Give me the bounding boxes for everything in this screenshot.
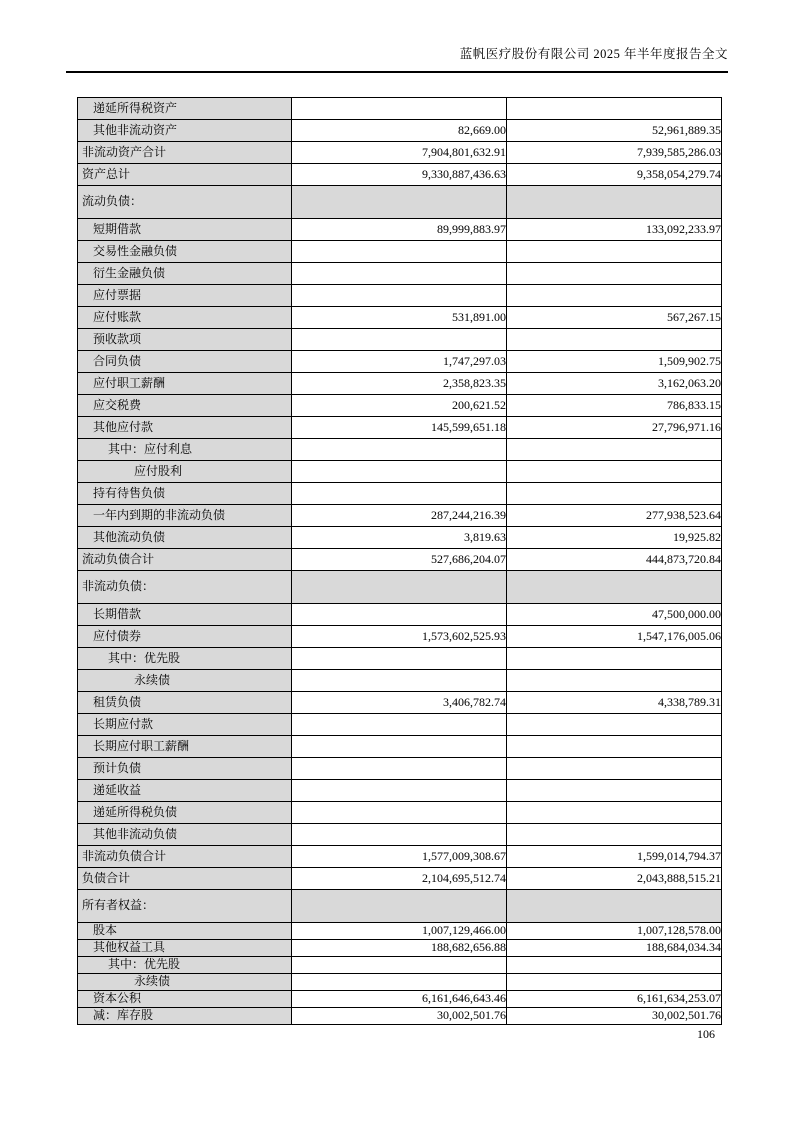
balance-sheet-row: 其他非流动负债	[78, 824, 722, 846]
balance-sheet-row: 递延所得税资产	[78, 98, 722, 120]
row-value-prior-period: 7,939,585,286.03	[507, 142, 722, 164]
balance-sheet-row: 一年内到期的非流动负债 287,244,216.39 277,938,523.6…	[78, 505, 722, 527]
balance-sheet-row: 租赁负债 3,406,782.74 4,338,789.31	[78, 692, 722, 714]
row-label: 长期借款	[93, 607, 141, 621]
row-value-current-period	[292, 483, 507, 505]
row-value-prior-period	[507, 957, 722, 974]
row-value-current-period: 1,577,009,308.67	[292, 846, 507, 868]
row-value-prior-period: 30,002,501.76	[507, 1008, 722, 1025]
balance-sheet-row: 递延所得税负债	[78, 802, 722, 824]
balance-sheet-row: 应交税费 200,621.52 786,833.15	[78, 395, 722, 417]
row-label-cell: 流动负债合计	[78, 549, 292, 571]
row-value-prior-period: 9,358,054,279.74	[507, 164, 722, 186]
balance-sheet-row: 应付职工薪酬 2,358,823.35 3,162,063.20	[78, 373, 722, 395]
row-value-current-period: 30,002,501.76	[292, 1008, 507, 1025]
row-label-cell: 其他非流动资产	[78, 120, 292, 142]
report-title: 蓝帆医疗股份有限公司 2025 年半年度报告全文	[460, 47, 728, 61]
row-label-cell: 应付股利	[78, 461, 292, 483]
balance-sheet-table: 递延所得税资产 其他非流动资产 82,669.00 52,961,889.35 …	[77, 97, 722, 1025]
row-value-current-period	[292, 780, 507, 802]
row-label: 合同负债	[93, 354, 141, 368]
balance-sheet-row: 预计负债	[78, 758, 722, 780]
row-value-current-period: 1,007,129,466.00	[292, 923, 507, 940]
row-value-current-period	[292, 648, 507, 670]
row-label: 非流动负债合计	[82, 849, 166, 863]
row-value-prior-period: 6,161,634,253.07	[507, 991, 722, 1008]
row-label: 长期应付款	[93, 717, 153, 731]
row-value-prior-period	[507, 736, 722, 758]
balance-sheet-row: 永续债	[78, 670, 722, 692]
row-label-cell: 长期应付款	[78, 714, 292, 736]
row-label-cell: 长期应付职工薪酬	[78, 736, 292, 758]
balance-sheet-row: 应付股利	[78, 461, 722, 483]
row-value-current-period	[292, 736, 507, 758]
balance-sheet-row: 其中：优先股	[78, 648, 722, 670]
row-label: 资本公积	[93, 991, 141, 1005]
balance-sheet-row: 预收款项	[78, 329, 722, 351]
row-value-current-period: 527,686,204.07	[292, 549, 507, 571]
balance-sheet-row: 资产总计 9,330,887,436.63 9,358,054,279.74	[78, 164, 722, 186]
row-value-prior-period	[507, 329, 722, 351]
row-label-cell: 应付债券	[78, 626, 292, 648]
row-value-current-period: 2,104,695,512.74	[292, 868, 507, 890]
row-label-cell: 其他应付款	[78, 417, 292, 439]
balance-sheet-row: 流动负债合计 527,686,204.07 444,873,720.84	[78, 549, 722, 571]
balance-sheet-row: 减：库存股 30,002,501.76 30,002,501.76	[78, 1008, 722, 1025]
row-label: 资产总计	[82, 167, 130, 181]
balance-sheet-row: 短期借款 89,999,883.97 133,092,233.97	[78, 219, 722, 241]
row-label-cell: 递延所得税负债	[78, 802, 292, 824]
row-value-prior-period: 3,162,063.20	[507, 373, 722, 395]
balance-sheet-row: 衍生金融负债	[78, 263, 722, 285]
row-label-cell: 其中：优先股	[78, 648, 292, 670]
row-value-prior-period	[507, 974, 722, 991]
row-value-current-period	[292, 571, 507, 604]
row-label: 其他非流动负债	[93, 827, 177, 841]
balance-sheet-row: 合同负债 1,747,297.03 1,509,902.75	[78, 351, 722, 373]
row-value-prior-period: 444,873,720.84	[507, 549, 722, 571]
row-value-prior-period	[507, 461, 722, 483]
row-label: 应付债券	[93, 629, 141, 643]
row-label: 交易性金融负债	[93, 244, 177, 258]
row-value-current-period: 531,891.00	[292, 307, 507, 329]
balance-sheet-row: 永续债	[78, 974, 722, 991]
balance-sheet-row: 流动负债：	[78, 186, 722, 219]
row-value-prior-period: 4,338,789.31	[507, 692, 722, 714]
row-label-cell: 非流动负债合计	[78, 846, 292, 868]
row-label: 减：库存股	[93, 1008, 153, 1022]
row-label-cell: 长期借款	[78, 604, 292, 626]
row-value-current-period	[292, 186, 507, 219]
row-value-prior-period	[507, 824, 722, 846]
row-label: 应付账款	[93, 310, 141, 324]
row-label-cell: 其中：优先股	[78, 957, 292, 974]
balance-sheet-row: 应付票据	[78, 285, 722, 307]
row-label: 其他应付款	[93, 420, 153, 434]
row-label: 递延收益	[93, 783, 141, 797]
row-value-current-period	[292, 670, 507, 692]
row-label-cell: 其中：应付利息	[78, 439, 292, 461]
row-value-current-period	[292, 974, 507, 991]
balance-sheet-row: 交易性金融负债	[78, 241, 722, 263]
row-label: 应付职工薪酬	[93, 376, 165, 390]
row-value-current-period: 287,244,216.39	[292, 505, 507, 527]
row-value-current-period	[292, 329, 507, 351]
row-value-current-period: 1,747,297.03	[292, 351, 507, 373]
row-value-current-period: 145,599,651.18	[292, 417, 507, 439]
row-label: 所有者权益：	[82, 898, 154, 912]
row-label: 其他权益工具	[93, 940, 165, 954]
row-label-cell: 预计负债	[78, 758, 292, 780]
row-value-current-period	[292, 802, 507, 824]
row-value-current-period	[292, 890, 507, 923]
balance-sheet-row: 长期应付款	[78, 714, 722, 736]
balance-sheet-row: 长期借款 47,500,000.00	[78, 604, 722, 626]
balance-sheet-row: 非流动负债：	[78, 571, 722, 604]
row-value-prior-period: 19,925.82	[507, 527, 722, 549]
row-label: 非流动资产合计	[82, 145, 166, 159]
row-label: 其中：应付利息	[108, 442, 192, 456]
row-value-prior-period: 133,092,233.97	[507, 219, 722, 241]
row-value-current-period: 3,819.63	[292, 527, 507, 549]
row-label-cell: 永续债	[78, 974, 292, 991]
row-label: 预计负债	[93, 761, 141, 775]
page-header: 蓝帆医疗股份有限公司 2025 年半年度报告全文	[66, 44, 728, 73]
row-label: 其中：优先股	[108, 651, 180, 665]
row-label-cell: 租赁负债	[78, 692, 292, 714]
row-label-cell: 持有待售负债	[78, 483, 292, 505]
row-value-prior-period: 1,547,176,005.06	[507, 626, 722, 648]
row-label: 递延所得税负债	[93, 805, 177, 819]
row-label-cell: 应付票据	[78, 285, 292, 307]
row-label-cell: 递延所得税资产	[78, 98, 292, 120]
row-value-current-period: 188,682,656.88	[292, 940, 507, 957]
row-label: 递延所得税资产	[93, 101, 177, 115]
row-value-prior-period	[507, 186, 722, 219]
row-label: 股本	[93, 923, 117, 937]
row-label-cell: 流动负债：	[78, 186, 292, 219]
row-value-prior-period: 2,043,888,515.21	[507, 868, 722, 890]
row-value-prior-period	[507, 648, 722, 670]
balance-sheet-row: 其他权益工具 188,682,656.88 188,684,034.34	[78, 940, 722, 957]
balance-sheet-row: 非流动资产合计 7,904,801,632.91 7,939,585,286.0…	[78, 142, 722, 164]
balance-sheet-row: 应付债券 1,573,602,525.93 1,547,176,005.06	[78, 626, 722, 648]
balance-sheet-row: 递延收益	[78, 780, 722, 802]
row-value-current-period	[292, 98, 507, 120]
row-value-prior-period	[507, 714, 722, 736]
row-label: 永续债	[134, 673, 170, 687]
row-label-cell: 应付账款	[78, 307, 292, 329]
row-label: 应付股利	[134, 464, 182, 478]
row-value-prior-period	[507, 483, 722, 505]
balance-sheet-row: 负债合计 2,104,695,512.74 2,043,888,515.21	[78, 868, 722, 890]
row-label: 其他流动负债	[93, 530, 165, 544]
row-label-cell: 其他权益工具	[78, 940, 292, 957]
row-value-prior-period	[507, 285, 722, 307]
row-value-prior-period: 1,599,014,794.37	[507, 846, 722, 868]
row-label-cell: 其他非流动负债	[78, 824, 292, 846]
row-label-cell: 非流动资产合计	[78, 142, 292, 164]
row-label: 应交税费	[93, 398, 141, 412]
balance-sheet-row: 非流动负债合计 1,577,009,308.67 1,599,014,794.3…	[78, 846, 722, 868]
row-label: 负债合计	[82, 871, 130, 885]
balance-sheet-body: 递延所得税资产 其他非流动资产 82,669.00 52,961,889.35 …	[78, 98, 722, 1025]
row-value-prior-period: 1,007,128,578.00	[507, 923, 722, 940]
row-value-current-period: 89,999,883.97	[292, 219, 507, 241]
report-page: 蓝帆医疗股份有限公司 2025 年半年度报告全文 递延所得税资产 其他非流动资产…	[0, 0, 794, 1123]
row-label: 衍生金融负债	[93, 266, 165, 280]
balance-sheet-row: 所有者权益：	[78, 890, 722, 923]
row-label: 流动负债合计	[82, 552, 154, 566]
row-label-cell: 合同负债	[78, 351, 292, 373]
row-value-current-period: 9,330,887,436.63	[292, 164, 507, 186]
row-value-current-period	[292, 461, 507, 483]
row-value-prior-period: 277,938,523.64	[507, 505, 722, 527]
row-label-cell: 资本公积	[78, 991, 292, 1008]
row-value-prior-period	[507, 802, 722, 824]
row-label-cell: 其他流动负债	[78, 527, 292, 549]
balance-sheet-row: 其中：应付利息	[78, 439, 722, 461]
row-label: 应付票据	[93, 288, 141, 302]
balance-sheet-row: 资本公积 6,161,646,643.46 6,161,634,253.07	[78, 991, 722, 1008]
row-value-current-period	[292, 824, 507, 846]
row-value-current-period	[292, 439, 507, 461]
row-value-prior-period	[507, 98, 722, 120]
balance-sheet-row: 长期应付职工薪酬	[78, 736, 722, 758]
row-value-prior-period	[507, 758, 722, 780]
balance-sheet-row: 应付账款 531,891.00 567,267.15	[78, 307, 722, 329]
row-label-cell: 负债合计	[78, 868, 292, 890]
row-value-current-period	[292, 604, 507, 626]
row-value-prior-period	[507, 780, 722, 802]
row-value-current-period	[292, 714, 507, 736]
balance-sheet-row: 其他非流动资产 82,669.00 52,961,889.35	[78, 120, 722, 142]
row-label: 其中：优先股	[108, 957, 180, 971]
row-value-prior-period	[507, 571, 722, 604]
row-value-current-period: 200,621.52	[292, 395, 507, 417]
balance-sheet-row: 股本 1,007,129,466.00 1,007,128,578.00	[78, 923, 722, 940]
balance-sheet-row: 其中：优先股	[78, 957, 722, 974]
row-label-cell: 预收款项	[78, 329, 292, 351]
row-value-prior-period: 567,267.15	[507, 307, 722, 329]
row-value-prior-period	[507, 263, 722, 285]
row-label: 非流动负债：	[82, 579, 154, 593]
row-value-prior-period	[507, 890, 722, 923]
row-value-prior-period	[507, 241, 722, 263]
row-label-cell: 股本	[78, 923, 292, 940]
row-label-cell: 减：库存股	[78, 1008, 292, 1025]
row-value-current-period: 6,161,646,643.46	[292, 991, 507, 1008]
row-label-cell: 一年内到期的非流动负债	[78, 505, 292, 527]
row-value-current-period	[292, 957, 507, 974]
row-value-current-period: 7,904,801,632.91	[292, 142, 507, 164]
row-label: 持有待售负债	[93, 486, 165, 500]
row-value-current-period	[292, 758, 507, 780]
row-value-prior-period: 1,509,902.75	[507, 351, 722, 373]
row-label: 短期借款	[93, 222, 141, 236]
row-value-prior-period: 188,684,034.34	[507, 940, 722, 957]
row-value-prior-period: 52,961,889.35	[507, 120, 722, 142]
row-value-prior-period	[507, 670, 722, 692]
row-label-cell: 永续债	[78, 670, 292, 692]
row-label: 其他非流动资产	[93, 123, 177, 137]
row-label-cell: 所有者权益：	[78, 890, 292, 923]
row-value-current-period: 3,406,782.74	[292, 692, 507, 714]
row-value-current-period: 82,669.00	[292, 120, 507, 142]
row-label-cell: 应交税费	[78, 395, 292, 417]
row-value-current-period: 1,573,602,525.93	[292, 626, 507, 648]
row-label-cell: 衍生金融负债	[78, 263, 292, 285]
row-value-current-period	[292, 263, 507, 285]
row-label: 流动负债：	[82, 194, 142, 208]
row-value-current-period	[292, 285, 507, 307]
row-label-cell: 短期借款	[78, 219, 292, 241]
row-label-cell: 资产总计	[78, 164, 292, 186]
row-label-cell: 递延收益	[78, 780, 292, 802]
row-value-prior-period: 786,833.15	[507, 395, 722, 417]
row-label-cell: 交易性金融负债	[78, 241, 292, 263]
row-label: 长期应付职工薪酬	[93, 739, 189, 753]
row-label: 租赁负债	[93, 695, 141, 709]
row-label: 永续债	[134, 974, 170, 988]
row-label: 一年内到期的非流动负债	[93, 508, 225, 522]
row-value-prior-period: 47,500,000.00	[507, 604, 722, 626]
balance-sheet-row: 其他应付款 145,599,651.18 27,796,971.16	[78, 417, 722, 439]
row-value-current-period: 2,358,823.35	[292, 373, 507, 395]
page-number: 106	[697, 1027, 715, 1042]
row-label-cell: 非流动负债：	[78, 571, 292, 604]
balance-sheet-row: 持有待售负债	[78, 483, 722, 505]
row-value-current-period	[292, 241, 507, 263]
row-label-cell: 应付职工薪酬	[78, 373, 292, 395]
row-value-prior-period	[507, 439, 722, 461]
row-label: 预收款项	[93, 332, 141, 346]
row-value-prior-period: 27,796,971.16	[507, 417, 722, 439]
balance-sheet-row: 其他流动负债 3,819.63 19,925.82	[78, 527, 722, 549]
